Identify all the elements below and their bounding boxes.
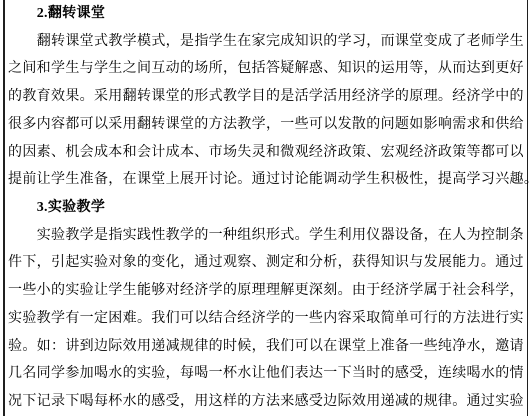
text-line: 提前让学生准备，在课堂上展开讨论。通过讨论能调动学生积极性，提高学习兴趣。 bbox=[8, 166, 532, 194]
text-line: 况下记录下喝每杯水的感受，用这样的方法来感受边际效用递减的规律。通过实验 bbox=[8, 388, 532, 416]
text-line: 实验教学有一定困难。我们可以结合经济学的一些内容采取简单可行的方法进行实 bbox=[8, 305, 532, 333]
document-content: 2.翻转课堂 翻转课堂式教学模式，是指学生在家完成知识的学习，而课堂变成了老师学… bbox=[8, 0, 532, 416]
section-heading-flipped-classroom: 2.翻转课堂 bbox=[8, 0, 532, 28]
text-line: 翻转课堂式教学模式，是指学生在家完成知识的学习，而课堂变成了老师学生 bbox=[8, 28, 532, 56]
page-left-rule bbox=[3, 0, 5, 416]
document-page: 2.翻转课堂 翻转课堂式教学模式，是指学生在家完成知识的学习，而课堂变成了老师学… bbox=[0, 0, 532, 416]
text-line: 的因素、机会成本和会计成本、市场失灵和微观经济政策、宏观经济政策等都可以 bbox=[8, 139, 532, 167]
text-line: 一些小的实验让学生能够对经济学的原理理解更深刻。由于经济学属于社会科学， bbox=[8, 277, 532, 305]
text-line: 几名同学参加喝水的实验，每喝一杯水让他们表达一下当时的感受，连续喝水的情 bbox=[8, 360, 532, 388]
text-line: 很多内容都可以采用翻转课堂的方法教学，一些可以发散的问题如影响需求和供给 bbox=[8, 111, 532, 139]
text-line: 验。如：讲到边际效用递减规律的时候，我们可以在课堂上准备一些纯净水，邀请 bbox=[8, 333, 532, 361]
text-line: 实验教学是指实践性教学的一种组织形式。学生利用仪器设备，在人为控制条 bbox=[8, 222, 532, 250]
text-line: 的教育效果。采用翻转课堂的形式教学目的是活学活用经济学的原理。经济学中的 bbox=[8, 83, 532, 111]
text-line: 件下，引起实验对象的变化，通过观察、测定和分析，获得知识与发展能力。通过 bbox=[8, 249, 532, 277]
section-heading-experimental-teaching: 3.实验教学 bbox=[8, 194, 532, 222]
text-line: 之间和学生与学生之间互动的场所，包括答疑解惑、知识的运用等，从而达到更好 bbox=[8, 55, 532, 83]
